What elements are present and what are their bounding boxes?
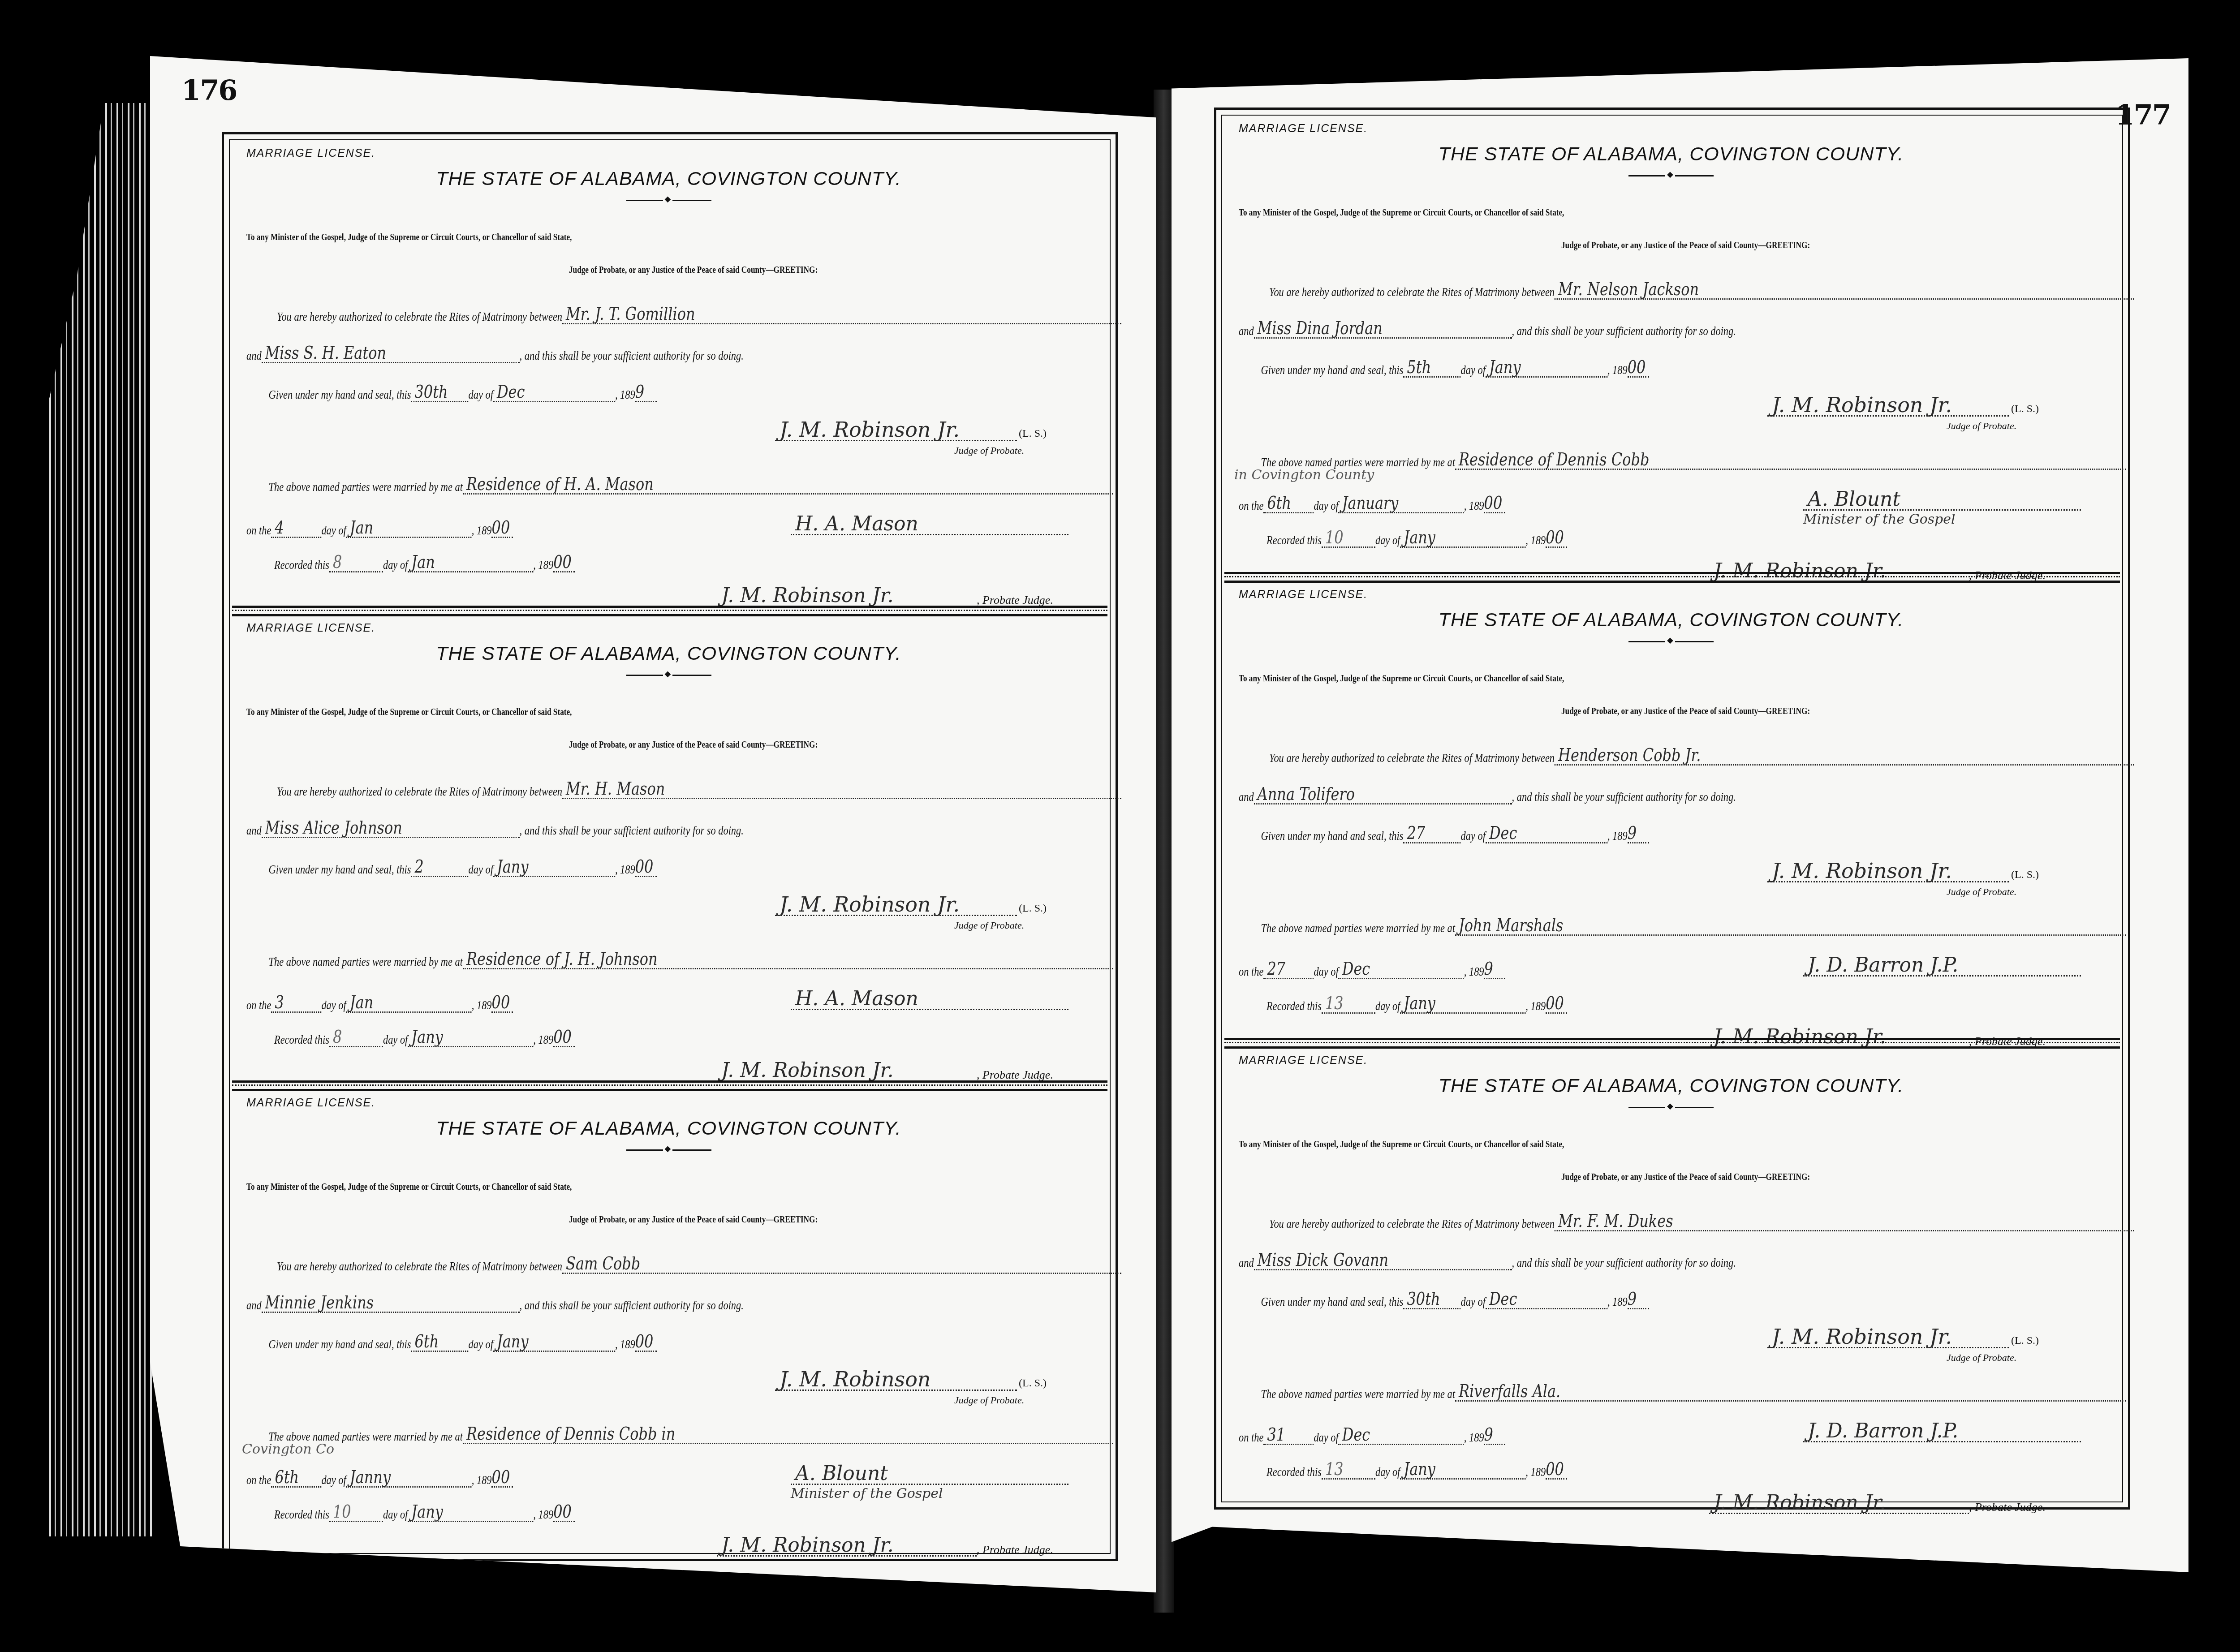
seal-mark: (L. S.) (2011, 869, 2039, 881)
and-text: and (246, 349, 262, 363)
judge-signature-block: J. M. Robinson Jr. (L. S.) Judge of Prob… (1767, 395, 2090, 432)
marriage-date-line: on the 4 day of Jan , 189 00 (246, 519, 513, 538)
recorded-month: Jan (408, 553, 533, 572)
on-the-text: on the (1239, 965, 1263, 979)
judge-role: Judge of Probate. (954, 920, 1098, 931)
on-the-text: on the (1239, 499, 1263, 513)
marriage-license-entry: MARRIAGE LICENSE. THE STATE OF ALABAMA, … (1216, 576, 2128, 1041)
bride-line: and Miss Dina Jordan , and this shall be… (1239, 319, 2103, 339)
authorize-text: You are hereby authorized to celebrate t… (1269, 751, 1555, 766)
day-of-text: day of (321, 524, 346, 538)
address-line-1: To any Minister of the Gospel, Judge of … (246, 1181, 939, 1192)
year-prefix: , 189 (533, 1508, 553, 1522)
recorded-date-line: Recorded this 8 day of Jan , 189 00 (274, 553, 575, 572)
ornament-divider (626, 675, 711, 676)
recorded-year-suffix: 00 (1546, 994, 1567, 1014)
married-month: Dec (1339, 1426, 1464, 1445)
authorize-text: You are hereby authorized to celebrate t… (277, 1260, 562, 1274)
authority-text: , and this shall be your sufficient auth… (520, 824, 744, 838)
issued-month: Dec (1486, 1290, 1607, 1309)
officiant-block: A. Blount Minister of the Gospel (791, 1464, 1077, 1501)
day-of-text: day of (383, 1508, 408, 1522)
recorded-text: Recorded this (1266, 1465, 1322, 1480)
recorded-text: Recorded this (274, 1508, 329, 1522)
day-of-text: day of (321, 998, 346, 1013)
officiant-title: Minister of the Gospel (791, 1486, 1077, 1501)
recorded-day: 10 (1322, 529, 1375, 548)
issued-day: 30th (1404, 1290, 1461, 1309)
probate-judge-label: , Probate Judge. (977, 1068, 1053, 1082)
year-prefix: , 189 (1464, 1431, 1484, 1445)
authorization-line: You are hereby authorized to celebrate t… (1239, 746, 2134, 766)
form-title: THE STATE OF ALABAMA, COVINGTON COUNTY. (246, 643, 1091, 665)
married-day: 31 (1263, 1426, 1314, 1445)
probate-signature-block: J. M. Robinson Jr. , Probate Judge. (717, 586, 1091, 607)
day-of-text: day of (1375, 999, 1400, 1014)
ornament-divider (1628, 1107, 1714, 1108)
bride-name: Miss S. H. Eaton (262, 344, 520, 363)
authorization-line: You are hereby authorized to celebrate t… (246, 1255, 1121, 1274)
bride-name: Miss Alice Johnson (262, 819, 520, 838)
authorize-text: You are hereby authorized to celebrate t… (277, 310, 562, 324)
year-prefix: , 189 (1525, 533, 1546, 548)
judge-signature-block: J. M. Robinson Jr. (L. S.) Judge of Prob… (1767, 1326, 2090, 1364)
left-page: 176 MARRIAGE LICENSE. THE STATE OF ALABA… (150, 56, 1156, 1592)
recorded-day: 8 (329, 1028, 383, 1047)
recorded-month: Jany (1400, 529, 1525, 548)
day-of-text: day of (1461, 829, 1486, 843)
year-prefix: , 189 (472, 524, 492, 538)
year-prefix: , 189 (1607, 363, 1628, 378)
recorded-year-suffix: 00 (553, 553, 575, 572)
recorded-year-suffix: 00 (553, 1503, 575, 1522)
day-of-text: day of (1314, 965, 1338, 979)
bride-line: and Miss S. H. Eaton , and this shall be… (246, 344, 1091, 363)
ornament-divider (1628, 175, 1714, 176)
form-label: MARRIAGE LICENSE. (246, 622, 1091, 635)
right-page: 177 MARRIAGE LICENSE. THE STATE OF ALABA… (1172, 58, 2188, 1572)
year-prefix: , 189 (472, 998, 492, 1013)
judge-role: Judge of Probate. (1947, 420, 2090, 432)
address-line-1: To any Minister of the Gospel, Judge of … (246, 232, 939, 243)
form-title: THE STATE OF ALABAMA, COVINGTON COUNTY. (1239, 143, 2103, 165)
issued-year-suffix: 00 (635, 1333, 657, 1352)
probate-judge-signature: J. M. Robinson Jr. (1709, 1493, 1969, 1514)
married-day: 3 (271, 994, 321, 1013)
authorization-line: You are hereby authorized to celebrate t… (246, 305, 1121, 324)
bride-line: and Miss Alice Johnson , and this shall … (246, 819, 1091, 838)
year-prefix: , 189 (1607, 829, 1628, 843)
form-label: MARRIAGE LICENSE. (1239, 122, 2103, 135)
year-prefix: , 189 (1525, 999, 1546, 1014)
judge-signature-block: J. M. Robinson Jr. (L. S.) Judge of Prob… (775, 419, 1098, 456)
year-prefix: , 189 (472, 1473, 492, 1488)
and-text: and (1239, 324, 1254, 339)
form-label: MARRIAGE LICENSE. (246, 1097, 1091, 1110)
judge-signature-block: J. M. Robinson Jr. (L. S.) Judge of Prob… (775, 894, 1098, 931)
judge-signature: J. M. Robinson Jr. (775, 419, 1017, 441)
day-of-text: day of (469, 1338, 493, 1352)
issued-date-line: Given under my hand and seal, this 30th … (1239, 1290, 2126, 1309)
issued-year-suffix: 00 (1628, 358, 1649, 378)
year-prefix: , 189 (1464, 499, 1484, 513)
probate-judge-label: , Probate Judge. (977, 1543, 1053, 1557)
recorded-date-row: Recorded this 10 day of Jany , 189 00 (246, 1503, 1091, 1522)
marriage-place-line: The above named parties were married by … (1239, 916, 2126, 936)
recorded-date-row: Recorded this 10 day of Jany , 189 00 (1239, 529, 2103, 548)
recorded-date-row: Recorded this 13 day of Jany , 189 00 (1239, 994, 2103, 1014)
register-frame: MARRIAGE LICENSE. THE STATE OF ALABAMA, … (222, 132, 1118, 1561)
marriage-place-line: The above named parties were married by … (1239, 451, 2126, 470)
address-line-1: To any Minister of the Gospel, Judge of … (246, 706, 939, 718)
issued-year-suffix: 9 (635, 383, 657, 402)
groom-name: Sam Cobb (562, 1255, 1121, 1274)
marriage-date-line: on the 6th day of January , 189 00 (1239, 494, 1506, 513)
marriage-license-entry: MARRIAGE LICENSE. THE STATE OF ALABAMA, … (1216, 1041, 2128, 1507)
year-prefix: , 189 (1464, 965, 1484, 979)
judge-role: Judge of Probate. (954, 445, 1098, 456)
authority-text: , and this shall be your sufficient auth… (520, 1299, 744, 1313)
married-text: The above named parties were married by … (1261, 921, 1455, 936)
married-text: The above named parties were married by … (1261, 456, 1455, 470)
address-line-1: To any Minister of the Gospel, Judge of … (1239, 207, 1948, 218)
ornament-divider (626, 200, 711, 201)
year-prefix: , 189 (533, 558, 553, 572)
judge-signature: J. M. Robinson (775, 1369, 1017, 1391)
bride-line: and Miss Dick Govann , and this shall be… (1239, 1251, 2103, 1270)
married-day: 27 (1263, 960, 1314, 979)
probate-judge-label: , Probate Judge. (1969, 1501, 2046, 1514)
judge-role: Judge of Probate. (1947, 1352, 2090, 1364)
marriage-place: Residence of J. H. Johnson (463, 950, 1113, 969)
recorded-day: 13 (1322, 1460, 1375, 1480)
form-title: THE STATE OF ALABAMA, COVINGTON COUNTY. (1239, 1075, 2103, 1097)
marriage-place: Residence of Dennis Cobb in (463, 1425, 1113, 1444)
recorded-day: 10 (329, 1503, 383, 1522)
authorize-text: You are hereby authorized to celebrate t… (1269, 1217, 1555, 1231)
authority-text: , and this shall be your sufficient auth… (1512, 1256, 1736, 1270)
day-of-text: day of (1375, 533, 1400, 548)
recorded-text: Recorded this (1266, 533, 1322, 548)
recorded-month: Jany (408, 1028, 533, 1047)
marriage-place: Residence of Dennis Cobb (1455, 451, 2126, 470)
day-of-text: day of (469, 388, 493, 402)
issued-month: Dec (1486, 824, 1607, 843)
officiant-signature: H. A. Mason (791, 989, 1068, 1010)
book-page-edges (45, 103, 152, 1536)
address-line-2: Judge of Probate, or any Justice of the … (1561, 1171, 2006, 1183)
recorded-text: Recorded this (274, 1033, 329, 1047)
page-number: 176 (181, 74, 237, 107)
recorded-month: Jany (1400, 1460, 1525, 1480)
given-text: Given under my hand and seal, this (269, 388, 411, 402)
judge-signature: J. M. Robinson Jr. (1767, 860, 2009, 882)
authorization-line: You are hereby authorized to celebrate t… (246, 780, 1121, 799)
address-line-1: To any Minister of the Gospel, Judge of … (1239, 673, 1948, 684)
officiant-signature: H. A. Mason (791, 514, 1068, 535)
issued-month: Jany (1486, 358, 1607, 378)
year-prefix: , 189 (1607, 1295, 1628, 1309)
married-month: Jan (346, 994, 472, 1013)
married-year-suffix: 00 (492, 519, 513, 538)
groom-name: Mr. H. Mason (562, 780, 1121, 799)
recorded-text: Recorded this (274, 558, 329, 572)
issued-date-line: Given under my hand and seal, this 5th d… (1239, 358, 2126, 378)
marriage-place: Riverfalls Ala. (1455, 1382, 2126, 1402)
judge-signature: J. M. Robinson Jr. (1767, 395, 2009, 417)
marriage-date-row: on the 6th day of Janny , 189 00 A. Blou… (246, 1468, 1091, 1488)
day-of-text: day of (1375, 1465, 1400, 1480)
married-text: The above named parties were married by … (269, 955, 463, 969)
judge-signature: J. M. Robinson Jr. (1767, 1326, 2009, 1348)
recorded-month: Jany (408, 1503, 533, 1522)
day-of-text: day of (1314, 1431, 1338, 1445)
married-month: Janny (346, 1468, 472, 1488)
bride-name: Anna Tolifero (1254, 785, 1512, 804)
year-prefix: , 189 (615, 1338, 635, 1352)
married-year-suffix: 9 (1484, 1426, 1506, 1445)
recorded-date-row: Recorded this 8 day of Jan , 189 00 (246, 553, 1091, 572)
day-of-text: day of (383, 558, 408, 572)
marriage-license-entry: MARRIAGE LICENSE. THE STATE OF ALABAMA, … (1216, 110, 2128, 576)
marriage-date-row: on the 31 day of Dec , 189 9 J. D. Barro… (1239, 1426, 2103, 1445)
married-year-suffix: 00 (1484, 494, 1506, 513)
form-title: THE STATE OF ALABAMA, COVINGTON COUNTY. (246, 1118, 1091, 1140)
bride-line: and Anna Tolifero , and this shall be yo… (1239, 785, 2103, 804)
marriage-license-entry: MARRIAGE LICENSE. THE STATE OF ALABAMA, … (224, 609, 1116, 1084)
married-month: Dec (1339, 960, 1464, 979)
marriage-license-entry: MARRIAGE LICENSE. THE STATE OF ALABAMA, … (224, 1084, 1116, 1559)
marriage-place: John Marshals (1455, 916, 2126, 936)
marriage-place-line: The above named parties were married by … (246, 475, 1113, 495)
recorded-day: 8 (329, 553, 383, 572)
groom-name: Mr. F. M. Dukes (1555, 1212, 2134, 1231)
marriage-license-entry: MARRIAGE LICENSE. THE STATE OF ALABAMA, … (224, 134, 1116, 609)
officiant-title: Minister of the Gospel (1803, 512, 2090, 527)
officiant-block: H. A. Mason (791, 989, 1077, 1011)
ornament-divider (626, 1149, 711, 1151)
authorization-line: You are hereby authorized to celebrate t… (1239, 280, 2134, 300)
year-prefix: , 189 (615, 388, 635, 402)
seal-mark: (L. S.) (1019, 428, 1047, 439)
recorded-month: Jany (1400, 994, 1525, 1014)
year-prefix: , 189 (1525, 1465, 1546, 1480)
recorded-date-line: Recorded this 13 day of Jany , 189 00 (1266, 1460, 1567, 1480)
marriage-place-line: The above named parties were married by … (246, 1425, 1113, 1444)
seal-mark: (L. S.) (2011, 1335, 2039, 1347)
judge-signature: J. M. Robinson Jr. (775, 894, 1017, 916)
day-of-text: day of (1461, 1295, 1486, 1309)
issued-day: 30th (411, 383, 469, 402)
marriage-date-row: on the 4 day of Jan , 189 00 H. A. Mason (246, 519, 1091, 538)
recorded-date-row: Recorded this 8 day of Jany , 189 00 (246, 1028, 1091, 1047)
groom-name: Henderson Cobb Jr. (1555, 746, 2134, 766)
groom-name: Mr. Nelson Jackson (1555, 280, 2134, 300)
recorded-date-row: Recorded this 13 day of Jany , 189 00 (1239, 1460, 2103, 1480)
marriage-date-row: on the 27 day of Dec , 189 9 J. D. Barro… (1239, 960, 2103, 979)
probate-judge-signature: J. M. Robinson Jr. (717, 586, 977, 607)
seal-mark: (L. S.) (1019, 1377, 1047, 1389)
address-line-2: Judge of Probate, or any Justice of the … (569, 739, 997, 750)
officiant-signature: J. D. Barron J.P. (1803, 955, 2081, 977)
address-line-2: Judge of Probate, or any Justice of the … (1561, 706, 2006, 717)
year-prefix: , 189 (533, 1033, 553, 1047)
issued-date-line: Given under my hand and seal, this 2 day… (246, 858, 1113, 877)
given-text: Given under my hand and seal, this (1261, 1295, 1404, 1309)
judge-role: Judge of Probate. (1947, 886, 2090, 898)
on-the-text: on the (1239, 1431, 1263, 1445)
and-text: and (246, 824, 262, 838)
bride-name: Minnie Jenkins (262, 1294, 520, 1313)
recorded-date-line: Recorded this 10 day of Jany , 189 00 (1266, 529, 1567, 548)
issued-date-line: Given under my hand and seal, this 6th d… (246, 1333, 1113, 1352)
bride-name: Miss Dick Govann (1254, 1251, 1512, 1270)
day-of-text: day of (383, 1033, 408, 1047)
address-line-2: Judge of Probate, or any Justice of the … (569, 264, 997, 275)
married-year-suffix: 00 (492, 1468, 513, 1488)
marriage-date-row: on the 6th day of January , 189 00 A. Bl… (1239, 494, 2103, 513)
issued-month: Dec (493, 383, 615, 402)
probate-judge-signature: J. M. Robinson Jr. (717, 1536, 977, 1557)
married-day: 4 (271, 519, 321, 538)
issued-year-suffix: 9 (1628, 1290, 1649, 1309)
probate-judge-signature: J. M. Robinson Jr. (717, 1061, 977, 1082)
married-text: The above named parties were married by … (269, 1430, 463, 1444)
given-text: Given under my hand and seal, this (269, 1338, 411, 1352)
recorded-text: Recorded this (1266, 999, 1322, 1014)
recorded-year-suffix: 00 (1546, 529, 1567, 548)
issued-month: Jany (493, 858, 615, 877)
married-year-suffix: 00 (492, 994, 513, 1013)
seal-mark: (L. S.) (2011, 403, 2039, 415)
recorded-year-suffix: 00 (553, 1028, 575, 1047)
and-text: and (246, 1299, 262, 1313)
authority-text: , and this shall be your sufficient auth… (520, 349, 744, 363)
day-of-text: day of (1461, 363, 1486, 378)
form-title: THE STATE OF ALABAMA, COVINGTON COUNTY. (246, 168, 1091, 190)
and-text: and (1239, 1256, 1254, 1270)
officiant-block: J. D. Barron J.P. (1803, 955, 2090, 977)
day-of-text: day of (321, 1473, 346, 1488)
married-day: 6th (271, 1468, 321, 1488)
issued-year-suffix: 00 (635, 858, 657, 877)
probate-signature-block: J. M. Robinson Jr. , Probate Judge. (717, 1061, 1091, 1082)
recorded-date-line: Recorded this 13 day of Jany , 189 00 (1266, 994, 1567, 1014)
judge-signature-block: J. M. Robinson (L. S.) Judge of Probate. (775, 1369, 1098, 1406)
day-of-text: day of (1314, 499, 1338, 513)
authority-text: , and this shall be your sufficient auth… (1512, 324, 1736, 339)
given-text: Given under my hand and seal, this (1261, 363, 1404, 378)
authorize-text: You are hereby authorized to celebrate t… (277, 785, 562, 799)
married-month: Jan (346, 519, 472, 538)
marriage-date-row: on the 3 day of Jan , 189 00 H. A. Mason (246, 994, 1091, 1013)
on-the-text: on the (246, 524, 271, 538)
register-frame: MARRIAGE LICENSE. THE STATE OF ALABAMA, … (1214, 108, 2130, 1510)
married-day: 6th (1263, 494, 1314, 513)
issued-date-line: Given under my hand and seal, this 30th … (246, 383, 1113, 402)
authorize-text: You are hereby authorized to celebrate t… (1269, 285, 1555, 300)
recorded-date-line: Recorded this 10 day of Jany , 189 00 (274, 1503, 575, 1522)
probate-judge-label: , Probate Judge. (977, 594, 1053, 607)
married-text: The above named parties were married by … (1261, 1387, 1455, 1402)
form-label: MARRIAGE LICENSE. (1239, 588, 2103, 601)
issued-date-line: Given under my hand and seal, this 27 da… (1239, 824, 2126, 843)
bride-name: Miss Dina Jordan (1254, 319, 1512, 339)
issued-day: 6th (411, 1333, 469, 1352)
address-line-2: Judge of Probate, or any Justice of the … (1561, 240, 2006, 251)
marriage-date-line: on the 6th day of Janny , 189 00 (246, 1468, 513, 1488)
issued-year-suffix: 9 (1628, 824, 1649, 843)
year-prefix: , 189 (615, 863, 635, 877)
officiant-block: J. D. Barron J.P. (1803, 1421, 2090, 1443)
groom-name: Mr. J. T. Gomillion (562, 305, 1121, 324)
marriage-date-line: on the 31 day of Dec , 189 9 (1239, 1426, 1506, 1445)
officiant-block: A. Blount Minister of the Gospel (1803, 490, 2090, 527)
day-of-text: day of (469, 863, 493, 877)
authorization-line: You are hereby authorized to celebrate t… (1239, 1212, 2134, 1231)
authority-text: , and this shall be your sufficient auth… (1512, 790, 1736, 804)
and-text: and (1239, 790, 1254, 804)
issued-month: Jany (493, 1333, 615, 1352)
given-text: Given under my hand and seal, this (269, 863, 411, 877)
recorded-year-suffix: 00 (1546, 1460, 1567, 1480)
issued-day: 27 (1404, 824, 1461, 843)
issued-day: 5th (1404, 358, 1461, 378)
form-title: THE STATE OF ALABAMA, COVINGTON COUNTY. (1239, 609, 2103, 631)
issued-day: 2 (411, 858, 469, 877)
officiant-signature: A. Blount (791, 1464, 1068, 1485)
on-the-text: on the (246, 1473, 271, 1488)
form-label: MARRIAGE LICENSE. (246, 147, 1091, 160)
married-month: January (1339, 494, 1464, 513)
officiant-signature: J. D. Barron J.P. (1803, 1421, 2081, 1442)
recorded-day: 13 (1322, 994, 1375, 1014)
married-text: The above named parties were married by … (269, 480, 463, 495)
marriage-date-line: on the 27 day of Dec , 189 9 (1239, 960, 1506, 979)
probate-signature-block: J. M. Robinson Jr. , Probate Judge. (1709, 1493, 2103, 1514)
married-year-suffix: 9 (1484, 960, 1506, 979)
marriage-place: Residence of H. A. Mason (463, 475, 1113, 495)
address-line-2: Judge of Probate, or any Justice of the … (569, 1214, 997, 1225)
bride-line: and Minnie Jenkins , and this shall be y… (246, 1294, 1091, 1313)
recorded-date-line: Recorded this 8 day of Jany , 189 00 (274, 1028, 575, 1047)
marriage-place-line: The above named parties were married by … (1239, 1382, 2126, 1402)
marriage-place-line: The above named parties were married by … (246, 950, 1113, 969)
judge-signature-block: J. M. Robinson Jr. (L. S.) Judge of Prob… (1767, 860, 2090, 898)
on-the-text: on the (246, 998, 271, 1013)
seal-mark: (L. S.) (1019, 903, 1047, 914)
book-spine (1154, 90, 1174, 1613)
officiant-block: H. A. Mason (791, 514, 1077, 536)
marriage-date-line: on the 3 day of Jan , 189 00 (246, 994, 513, 1013)
probate-signature-block: J. M. Robinson Jr. , Probate Judge. (717, 1536, 1091, 1557)
officiant-signature: A. Blount (1803, 490, 2081, 511)
judge-role: Judge of Probate. (954, 1394, 1098, 1406)
form-label: MARRIAGE LICENSE. (1239, 1054, 2103, 1067)
given-text: Given under my hand and seal, this (1261, 829, 1404, 843)
ornament-divider (1628, 641, 1714, 642)
address-line-1: To any Minister of the Gospel, Judge of … (1239, 1139, 1948, 1150)
